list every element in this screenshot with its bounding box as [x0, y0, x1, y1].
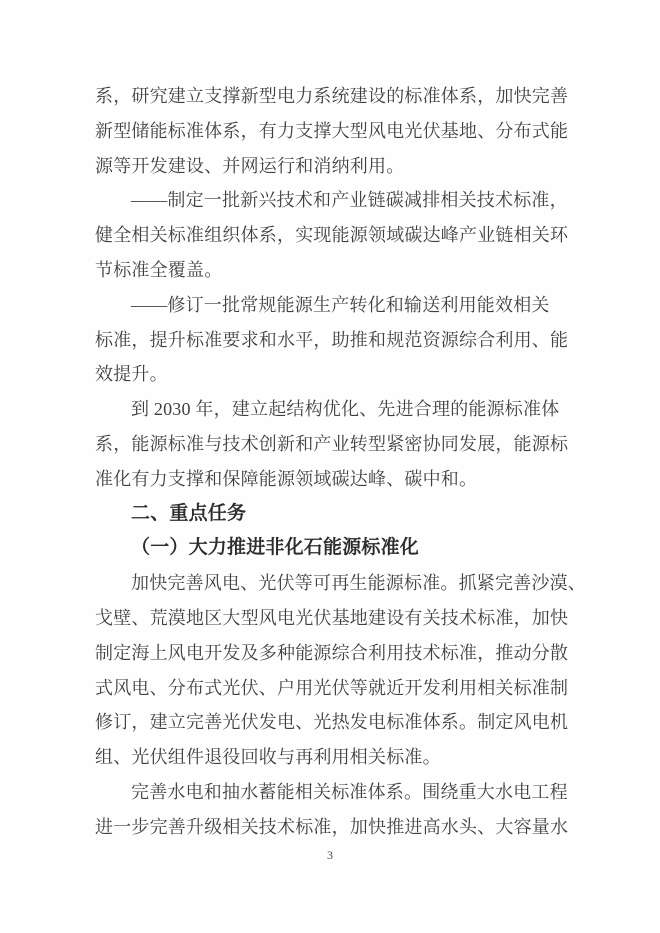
text-line: 组、光伏组件退役回收与再利用相关标准。	[95, 740, 567, 775]
text-line: 系，研究建立支撑新型电力系统建设的标准体系，加快完善	[95, 79, 567, 114]
text-line: 系，能源标准与技术创新和产业转型紧密协同发展，能源标	[95, 427, 567, 462]
text-line: 式风电、分布式光伏、户用光伏等就近开发利用相关标准制	[95, 671, 567, 706]
text-line: 源等开发建设、并网运行和消纳利用。	[95, 149, 567, 184]
text-line: 修订，建立完善光伏发电、光热发电标准体系。制定风电机	[95, 705, 567, 740]
text-line: 戈壁、荒漠地区大型风电光伏基地建设有关技术标准，加快	[95, 601, 567, 636]
heading-kai-line: （一）大力推进非化石能源标准化	[95, 531, 567, 566]
heading-bold-line: 二、重点任务	[95, 497, 567, 532]
text-line: 准化有力支撑和保障能源领域碳达峰、碳中和。	[95, 462, 567, 497]
document-page: 系，研究建立支撑新型电力系统建设的标准体系，加快完善新型储能标准体系，有力支撑大…	[0, 0, 660, 933]
text-line: 加快完善风电、光伏等可再生能源标准。抓紧完善沙漠、	[95, 566, 567, 601]
text-line: 完善水电和抽水蓄能相关标准体系。围绕重大水电工程	[95, 775, 567, 810]
text-line: 新型储能标准体系，有力支撑大型风电光伏基地、分布式能	[95, 114, 567, 149]
page-number: 3	[0, 848, 660, 863]
text-line: 进一步完善升级相关技术标准，加快推进高水头、大容量水	[95, 810, 567, 845]
text-line: ——修订一批常规能源生产转化和输送利用能效相关	[95, 288, 567, 323]
document-body: 系，研究建立支撑新型电力系统建设的标准体系，加快完善新型储能标准体系，有力支撑大…	[95, 79, 567, 845]
text-line: 到 2030 年，建立起结构优化、先进合理的能源标准体	[95, 392, 567, 427]
text-line: 制定海上风电开发及多种能源综合利用技术标准，推动分散	[95, 636, 567, 671]
text-line: 标准，提升标准要求和水平，助推和规范资源综合利用、能	[95, 323, 567, 358]
text-line: 节标准全覆盖。	[95, 253, 567, 288]
text-line: 健全相关标准组织体系，实现能源领域碳达峰产业链相关环	[95, 218, 567, 253]
text-line: 效提升。	[95, 357, 567, 392]
text-line: ——制定一批新兴技术和产业链碳减排相关技术标准，	[95, 183, 567, 218]
